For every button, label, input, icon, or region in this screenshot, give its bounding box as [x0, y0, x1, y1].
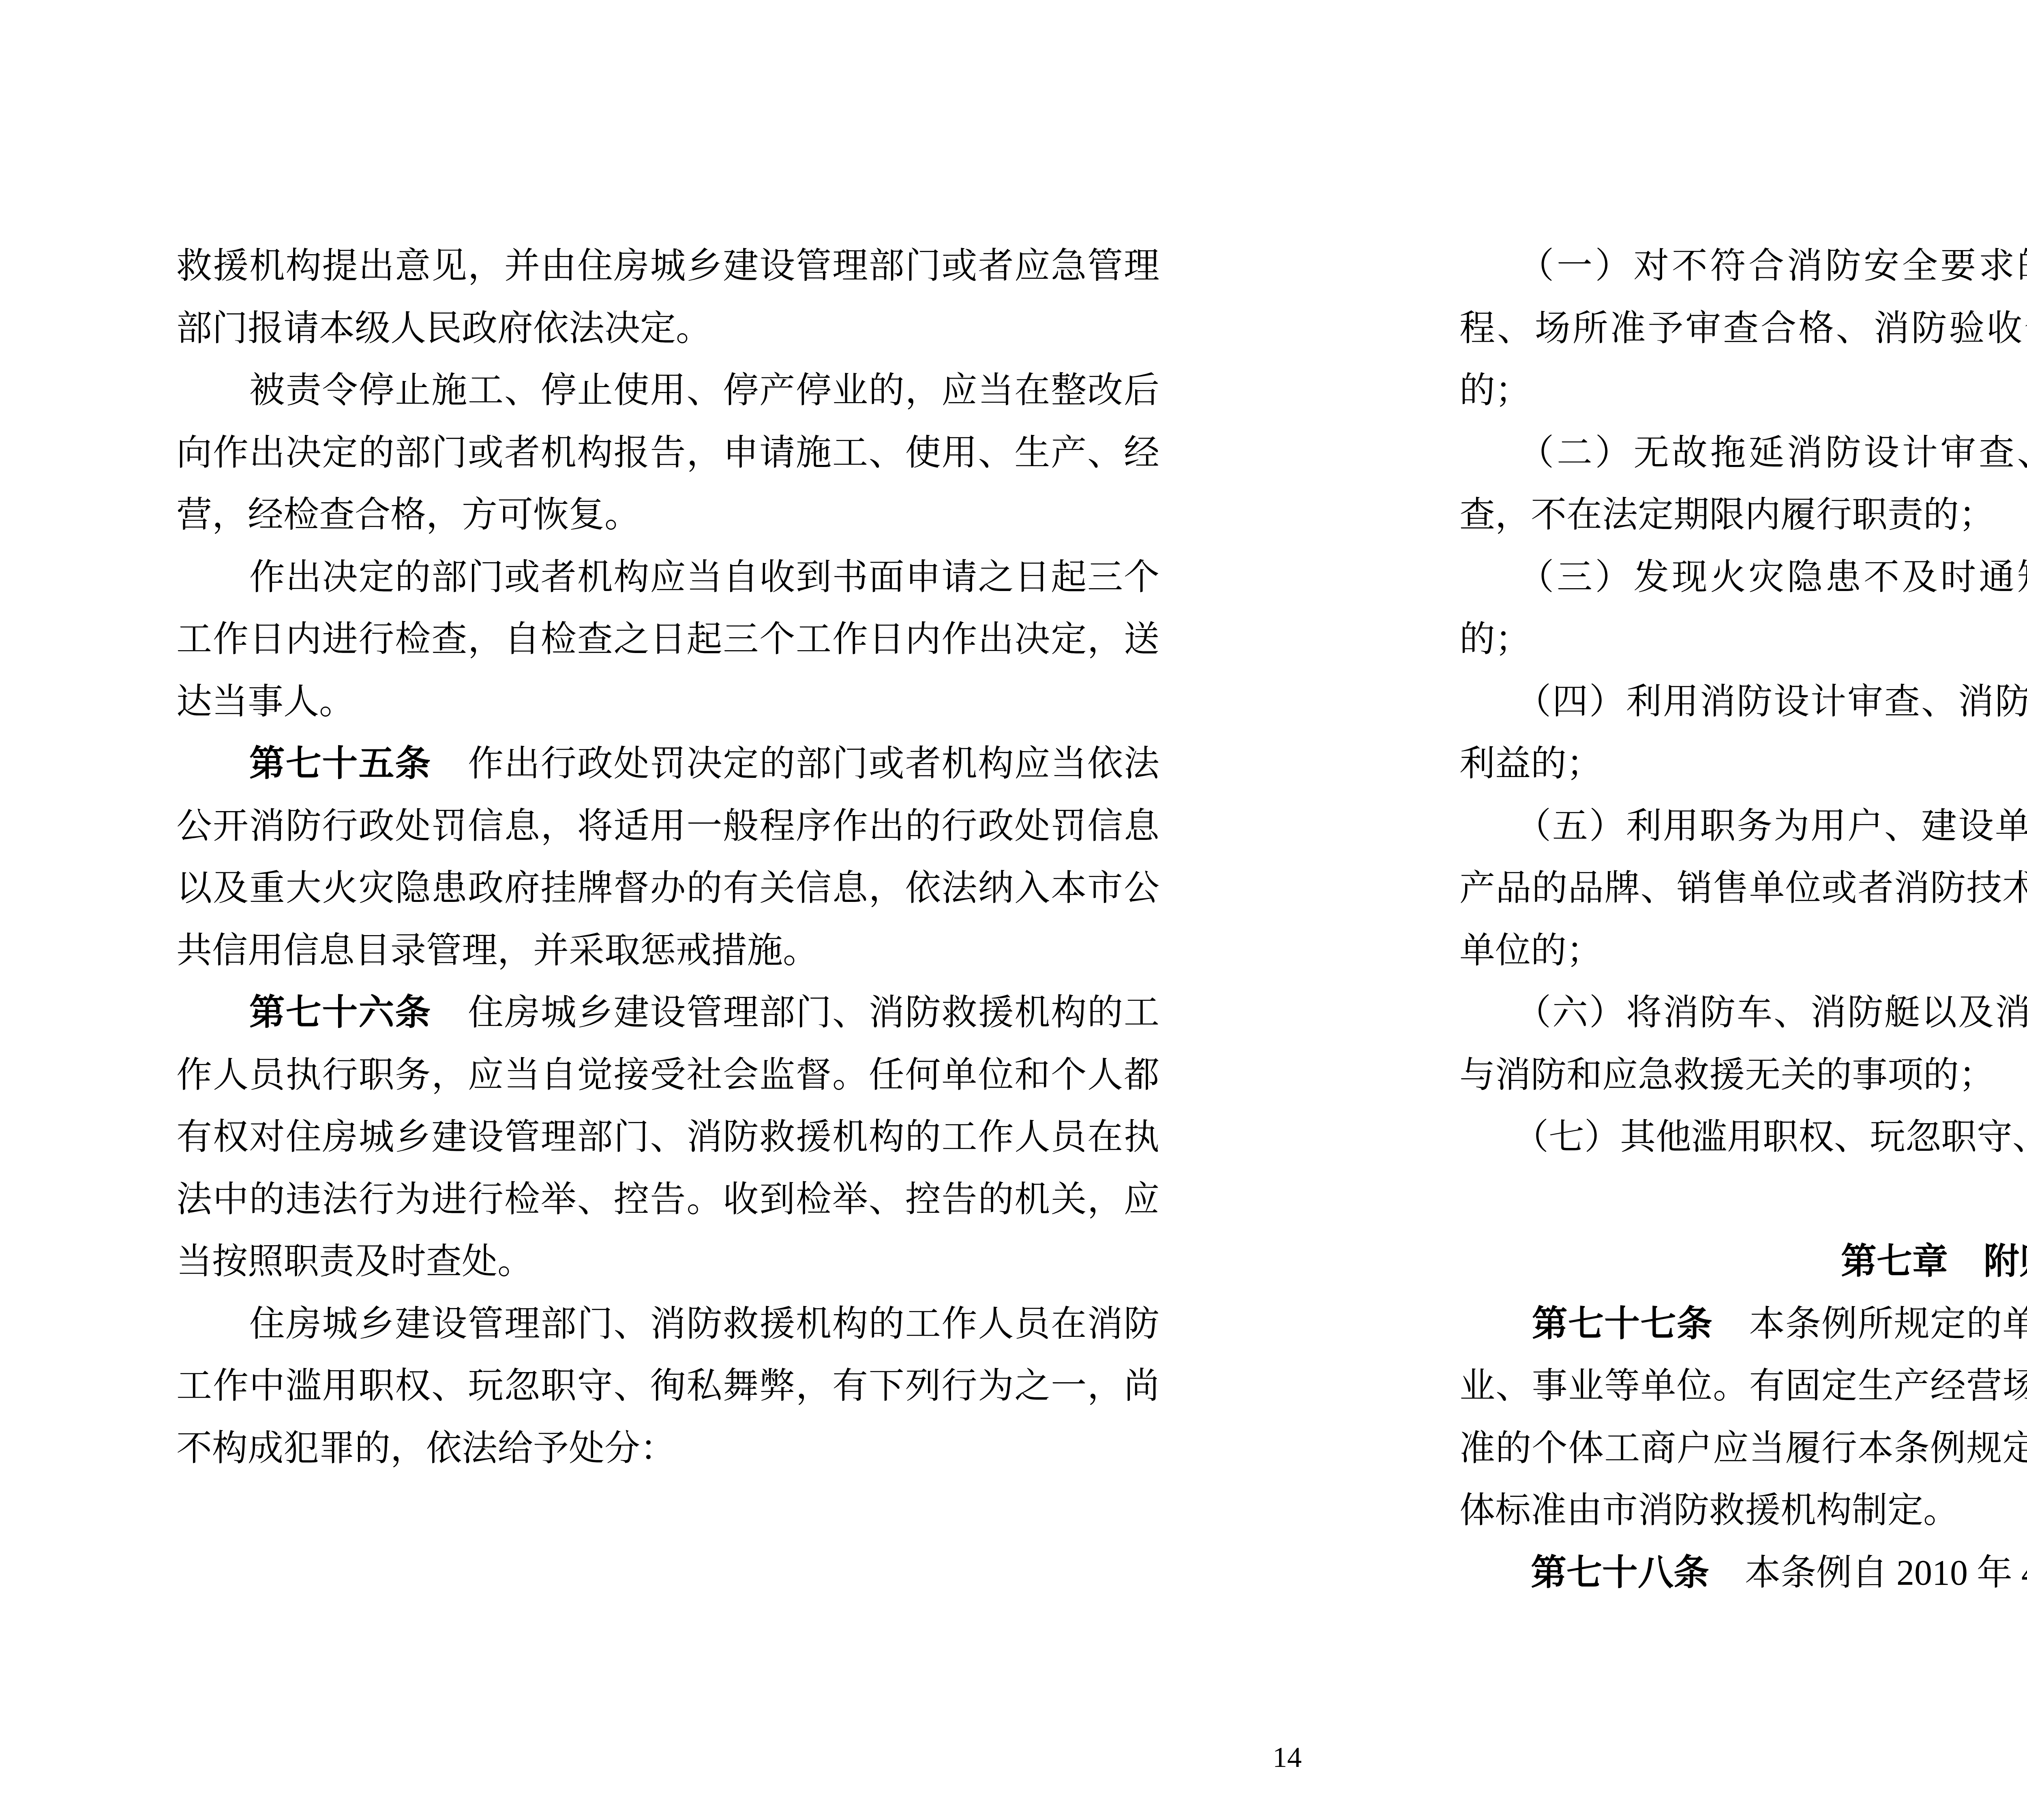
left-column: 救援机构提出意见，并由住房城乡建设管理部门或者应急管理部门报请本级人民政府依法决…	[176, 235, 1159, 1480]
text-line: 与消防和应急救援无关的事项的；	[1459, 1044, 2027, 1107]
text-segment: 本条例自 2010 年 4 月 1 日起施行。	[1709, 1553, 2027, 1593]
text-line: 业、事业等单位。有固定生产经营场所且场所面积达到一定标	[1459, 1355, 2027, 1417]
text-segment: 达当事人。	[176, 682, 355, 722]
blank-line	[1459, 1169, 2027, 1231]
text-line: 工作日内进行检查，自检查之日起三个工作日内作出决定，送	[176, 608, 1159, 671]
text-line: 体标准由市消防救援机构制定。	[1459, 1480, 2027, 1542]
text-segment: （五）利用职务为用户、建设单位指定或者变相指定消防	[1459, 807, 2027, 846]
text-line: （五）利用职务为用户、建设单位指定或者变相指定消防	[1459, 795, 2027, 858]
text-segment: 本条例所规定的单位，是指机关、团体、企	[1713, 1304, 2027, 1344]
text-line: 被责令停止施工、停止使用、停产停业的，应当在整改后	[176, 360, 1159, 422]
text-line: 工作中滥用职权、玩忽职守、徇私舞弊，有下列行为之一，尚	[176, 1355, 1159, 1417]
text-line: （二）无故拖延消防设计审查、消防验收、消防安全检	[1459, 422, 2027, 484]
text-segment: （六）将消防车、消防艇以及消防器材、装备和设施用于	[1459, 993, 2027, 1032]
text-line: 达当事人。	[176, 671, 1159, 733]
text-line: （三）发现火灾隐患不及时通知有关单位或者个人改正	[1459, 546, 2027, 609]
text-line: 产品的品牌、销售单位或者消防技术服务机构、消防设施施工	[1459, 857, 2027, 920]
text-segment: 部门报请本级人民政府依法决定。	[176, 309, 711, 348]
text-line: 当按照职责及时查处。	[176, 1231, 1159, 1293]
text-segment: 查，不在法定期限内履行职责的；	[1459, 495, 1995, 535]
article-number: 第七十六条	[249, 993, 431, 1032]
text-segment: （七）其他滥用职权、玩忽职守、徇私舞弊的行为。	[1459, 1118, 2027, 1157]
text-segment: 单位的；	[1459, 931, 1602, 970]
text-segment: 与消防和应急救援无关的事项的；	[1459, 1056, 1995, 1095]
text-line: 准的个体工商户应当履行本条例规定的单位消防安全职责，具	[1459, 1417, 2027, 1480]
text-line: 作人员执行职务，应当自觉接受社会监督。任何单位和个人都	[176, 1044, 1159, 1107]
article-number: 第七十五条	[249, 744, 431, 784]
text-segment: 公开消防行政处罚信息，将适用一般程序作出的行政处罚信息	[176, 807, 1159, 846]
text-line: 的；	[1459, 608, 2027, 671]
text-segment: 以及重大火灾隐患政府挂牌督办的有关信息，依法纳入本市公	[176, 869, 1159, 908]
page-number: 14	[0, 1739, 2027, 1775]
text-segment: 作出行政处罚决定的部门或者机构应当依法	[431, 744, 1159, 784]
text-line: 程、场所准予审查合格、消防验收合格、消防安全检查合格	[1459, 298, 2027, 360]
text-segment	[1459, 1304, 1532, 1344]
text-line: （六）将消防车、消防艇以及消防器材、装备和设施用于	[1459, 982, 2027, 1044]
article-number: 第七十八条	[1531, 1553, 1709, 1593]
text-line: 公开消防行政处罚信息，将适用一般程序作出的行政处罚信息	[176, 795, 1159, 858]
text-line: 救援机构提出意见，并由住房城乡建设管理部门或者应急管理	[176, 235, 1159, 298]
text-segment: 不构成犯罪的，依法给予处分：	[176, 1429, 676, 1468]
text-line: （一）对不符合消防安全要求的消防设计文件、建设工	[1459, 235, 2027, 298]
text-segment: （一）对不符合消防安全要求的消防设计文件、建设工	[1459, 246, 2027, 286]
text-line: 以及重大火灾隐患政府挂牌督办的有关信息，依法纳入本市公	[176, 857, 1159, 920]
text-segment: 利益的；	[1459, 744, 1602, 784]
text-line: 法中的违法行为进行检举、控告。收到检举、控告的机关，应	[176, 1169, 1159, 1231]
text-segment: 法中的违法行为进行检举、控告。收到检举、控告的机关，应	[176, 1180, 1159, 1219]
text-segment: 共信用信息目录管理，并采取惩戒措施。	[176, 931, 819, 970]
text-line: 有权对住房城乡建设管理部门、消防救援机构的工作人员在执	[176, 1106, 1159, 1169]
text-segment: 作人员执行职务，应当自觉接受社会监督。任何单位和个人都	[176, 1056, 1159, 1095]
text-segment	[176, 993, 249, 1032]
text-segment: 作出决定的部门或者机构应当自收到书面申请之日起三个	[176, 558, 1159, 597]
document-page: 救援机构提出意见，并由住房城乡建设管理部门或者应急管理部门报请本级人民政府依法决…	[0, 0, 2027, 1820]
text-segment: 被责令停止施工、停止使用、停产停业的，应当在整改后	[176, 371, 1159, 410]
text-line: 的；	[1459, 360, 2027, 422]
text-segment	[1459, 1553, 1531, 1593]
text-segment: 救援机构提出意见，并由住房城乡建设管理部门或者应急管理	[176, 246, 1159, 286]
text-segment: （四）利用消防设计审查、消防验收和消防安全检查谋取	[1459, 682, 2027, 722]
chapter-heading: 第七章 附则	[1459, 1231, 2027, 1293]
text-segment: 工作日内进行检查，自检查之日起三个工作日内作出决定，送	[176, 620, 1159, 659]
text-line: 第七十八条 本条例自 2010 年 4 月 1 日起施行。	[1459, 1542, 2027, 1604]
text-line: 不构成犯罪的，依法给予处分：	[176, 1417, 1159, 1480]
text-segment: 体标准由市消防救援机构制定。	[1459, 1491, 1959, 1530]
text-segment: 向作出决定的部门或者机构报告，申请施工、使用、生产、经	[176, 433, 1159, 473]
article-number: 第七章 附则	[1841, 1242, 2027, 1281]
text-line: 营，经检查合格，方可恢复。	[176, 484, 1159, 546]
text-segment: （三）发现火灾隐患不及时通知有关单位或者个人改正	[1459, 558, 2027, 597]
text-segment: 住房城乡建设管理部门、消防救援机构的工	[431, 993, 1159, 1032]
text-line: （七）其他滥用职权、玩忽职守、徇私舞弊的行为。	[1459, 1106, 2027, 1169]
text-segment: 的；	[1459, 620, 1531, 659]
text-segment: 准的个体工商户应当履行本条例规定的单位消防安全职责，具	[1459, 1429, 2027, 1468]
text-line: 查，不在法定期限内履行职责的；	[1459, 484, 2027, 546]
text-segment: 产品的品牌、销售单位或者消防技术服务机构、消防设施施工	[1459, 869, 2027, 908]
text-segment: 当按照职责及时查处。	[176, 1242, 533, 1281]
text-line: 向作出决定的部门或者机构报告，申请施工、使用、生产、经	[176, 422, 1159, 484]
text-segment: 的；	[1459, 371, 1531, 410]
text-line: （四）利用消防设计审查、消防验收和消防安全检查谋取	[1459, 671, 2027, 733]
text-segment: 程、场所准予审查合格、消防验收合格、消防安全检查合格	[1459, 309, 2027, 348]
text-segment: 工作中滥用职权、玩忽职守、徇私舞弊，有下列行为之一，尚	[176, 1366, 1159, 1406]
text-segment: 营，经检查合格，方可恢复。	[176, 495, 640, 535]
right-column: （一）对不符合消防安全要求的消防设计文件、建设工程、场所准予审查合格、消防验收合…	[1459, 235, 2027, 1604]
text-line: 第七十六条 住房城乡建设管理部门、消防救援机构的工	[176, 982, 1159, 1044]
text-segment: 有权对住房城乡建设管理部门、消防救援机构的工作人员在执	[176, 1118, 1159, 1157]
text-segment	[176, 744, 249, 784]
text-line: 住房城乡建设管理部门、消防救援机构的工作人员在消防	[176, 1293, 1159, 1355]
text-line: 作出决定的部门或者机构应当自收到书面申请之日起三个	[176, 546, 1159, 609]
text-segment: 住房城乡建设管理部门、消防救援机构的工作人员在消防	[176, 1304, 1159, 1344]
text-segment: （二）无故拖延消防设计审查、消防验收、消防安全检	[1459, 433, 2027, 473]
text-line: 部门报请本级人民政府依法决定。	[176, 298, 1159, 360]
text-line: 第七十五条 作出行政处罚决定的部门或者机构应当依法	[176, 733, 1159, 795]
text-segment: 业、事业等单位。有固定生产经营场所且场所面积达到一定标	[1459, 1366, 2027, 1406]
text-line: 第七十七条 本条例所规定的单位，是指机关、团体、企	[1459, 1293, 2027, 1355]
text-line: 单位的；	[1459, 920, 2027, 982]
article-number: 第七十七条	[1532, 1304, 1713, 1344]
text-line: 利益的；	[1459, 733, 2027, 795]
text-line: 共信用信息目录管理，并采取惩戒措施。	[176, 920, 1159, 982]
